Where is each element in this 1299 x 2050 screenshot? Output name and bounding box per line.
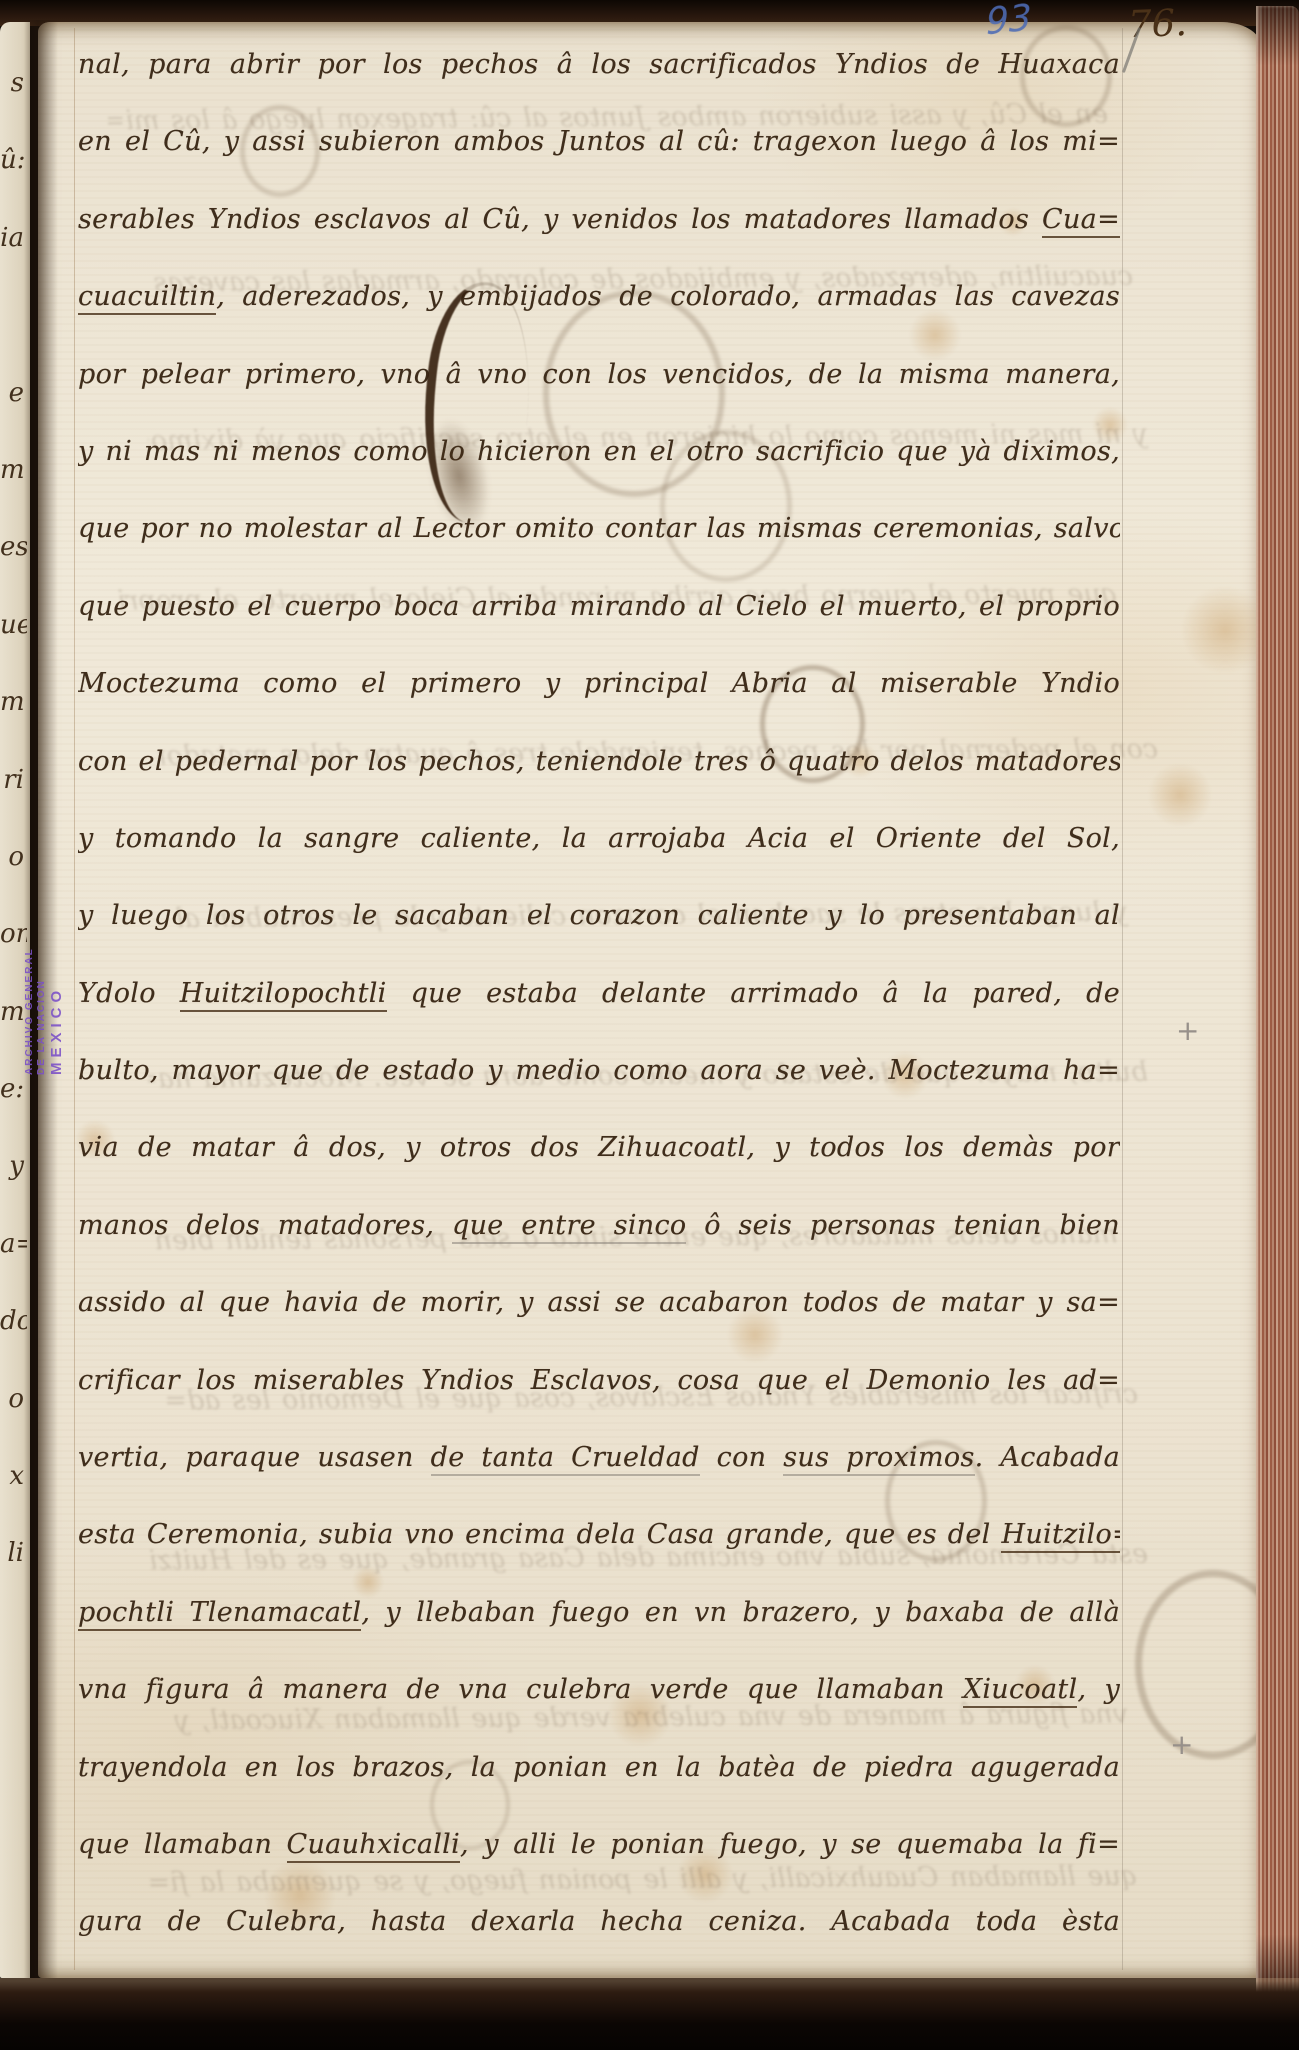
pencil-cross-mark: + — [1170, 1728, 1193, 1761]
line-text: que llamaban — [78, 1829, 287, 1860]
manuscript-line: nal, para abrir por los pechos â los sac… — [78, 30, 1120, 107]
facing-page-fragment: e: — [0, 1054, 27, 1131]
underlined-word: Huitzilo= — [1001, 1519, 1120, 1553]
facing-page-fragment — [0, 1905, 27, 1982]
bleedthrough-flourish — [1135, 1570, 1260, 1759]
facing-page-fragment: s — [0, 48, 27, 125]
manuscript-line: por pelear primero, vno â vno con los ve… — [78, 340, 1120, 417]
facing-page-fragment: o — [0, 1364, 27, 1441]
line-text: Ydolo — [78, 978, 180, 1009]
facing-page-fragment: a= — [0, 1209, 27, 1286]
line-text: esta Ceremonia, subia vno encima dela Ca… — [78, 1519, 1001, 1550]
facing-page-fragment: m — [0, 667, 27, 744]
line-text: . Acabada — [975, 1442, 1120, 1473]
book-fore-edge — [1256, 6, 1299, 1994]
facing-page-fragment: m — [0, 977, 27, 1054]
line-text: bulto, mayor que de estado y medio como … — [78, 1055, 1120, 1086]
line-text: via de matar â dos, y otros dos Zihuacoa… — [78, 1132, 1120, 1163]
line-text: que estaba delante arrimado â la pared, … — [387, 978, 1120, 1009]
facing-page-fragments: sû:iaemesuemrioonme:ya=do,oxli — [0, 48, 27, 1983]
line-text: gura de Culebra, hasta dexarla hecha cen… — [78, 1906, 1120, 1937]
line-text: , aderezados, y embijados de colorado, a… — [216, 281, 1120, 312]
manuscript-line: y luego los otros le sacaban el corazon … — [78, 881, 1120, 958]
manuscript-line: que puesto el cuerpo boca arriba mirando… — [78, 572, 1120, 649]
manuscript-photo: sû:iaemesuemrioonme:ya=do,oxli nal, para… — [0, 0, 1299, 2050]
line-text: assido al que havia de morir, y assi se … — [78, 1287, 1120, 1318]
text-block: nal, para abrir por los pechos â los sac… — [78, 30, 1120, 1965]
underlined-word: sus proximos — [783, 1442, 974, 1476]
line-text: trayendola en los brazos, la ponian en l… — [78, 1752, 1120, 1783]
stamp-line: ARCHIVO GENERAL — [24, 770, 35, 1075]
pencil-cross-mark: + — [1176, 1014, 1199, 1047]
foxing-stain — [1181, 586, 1260, 674]
facing-page-fragment: û: — [0, 125, 27, 202]
facing-page-fragment: y — [0, 1131, 27, 1208]
foxing-stain — [1148, 763, 1212, 827]
facing-page-fragment — [0, 280, 27, 357]
line-text: , y alli le ponian fuego, y se quemaba l… — [460, 1829, 1120, 1860]
manuscript-line: gura de Culebra, hasta dexarla hecha cen… — [78, 1887, 1120, 1964]
facing-page-fragment: li — [0, 1518, 27, 1595]
margin-rule-right — [1122, 28, 1123, 1970]
manuscript-line: y tomando la sangre caliente, la arrojab… — [78, 804, 1120, 881]
archive-stamp: ARCHIVO GENERAL DE LA NACION MEXICO — [24, 770, 65, 1075]
line-text: crificar los miserables Yndios Esclavos,… — [78, 1365, 1120, 1396]
underlined-word: Cua= — [1042, 204, 1120, 238]
facing-page-fragment: o — [0, 822, 27, 899]
manuscript-line: que llamaban Cuauhxicalli, y alli le pon… — [78, 1810, 1120, 1887]
facing-page-fragment: ue — [0, 590, 27, 667]
line-text: por pelear primero, vno â vno con los ve… — [78, 359, 1120, 390]
facing-page-fragment: ia — [0, 203, 27, 280]
facing-page-fragment: es — [0, 512, 27, 589]
facing-page-fragment: e — [0, 358, 27, 435]
line-text: , y llebaban fuego en vn brazero, y baxa… — [361, 1597, 1120, 1628]
underlined-word: de tanta Crueldad — [431, 1442, 700, 1476]
manuscript-line: bulto, mayor que de estado y medio como … — [78, 1036, 1120, 1113]
line-text: nal, para abrir por los pechos â los sac… — [78, 49, 1120, 80]
margin-rule-left — [74, 28, 75, 1970]
manuscript-line: pochtli Tlenamacatl, y llebaban fuego en… — [78, 1578, 1120, 1655]
line-text: , y — [1077, 1674, 1120, 1705]
manuscript-line: cuacuiltin, aderezados, y embijados de c… — [78, 262, 1120, 339]
manuscript-line: assido al que havia de morir, y assi se … — [78, 1268, 1120, 1345]
facing-page-fragment — [0, 1596, 27, 1673]
line-text: que por no molestar al Lector omito cont… — [78, 513, 1120, 544]
manuscript-line: vna figura â manera de vna culebra verde… — [78, 1655, 1120, 1732]
line-text: Moctezuma como el primero y principal Ab… — [78, 668, 1120, 699]
manuscript-line: vertia, paraque usasen de tanta Crueldad… — [78, 1423, 1120, 1500]
manuscript-line: con el pedernal por los pechos, teniendo… — [78, 727, 1120, 804]
manuscript-line: manos delos matadores, que entre sinco ô… — [78, 1191, 1120, 1268]
manuscript-line: serables Yndios esclavos al Cû, y venido… — [78, 185, 1120, 262]
underlined-word: pochtli Tlenamacatl — [78, 1597, 361, 1631]
line-text: vertia, paraque usasen — [78, 1442, 431, 1473]
line-text: en el Cû, y assi subieron ambos Juntos a… — [78, 126, 1120, 157]
line-text: y tomando la sangre caliente, la arrojab… — [78, 823, 1120, 854]
line-text: con el pedernal por los pechos, teniendo… — [78, 746, 1120, 777]
line-text: ô seis personas tenian bien — [686, 1210, 1120, 1241]
facing-page-fragment — [0, 1828, 27, 1905]
line-text: con — [700, 1442, 784, 1473]
line-text: vna figura â manera de vna culebra verde… — [78, 1674, 963, 1705]
facing-page-fragment: m — [0, 435, 27, 512]
manuscript-line: via de matar â dos, y otros dos Zihuacoa… — [78, 1113, 1120, 1190]
manuscript-line: en el Cû, y assi subieron ambos Juntos a… — [78, 107, 1120, 184]
manuscript-line: que por no molestar al Lector omito cont… — [78, 494, 1120, 571]
facing-page-fragment: x — [0, 1441, 27, 1518]
underlined-word: que entre sinco — [452, 1210, 686, 1244]
stamp-line: DE LA NACION — [36, 770, 47, 1075]
manuscript-line: crificar los miserables Yndios Esclavos,… — [78, 1346, 1120, 1423]
manuscript-page: nal, para abrir por los pechos â los sac… — [38, 22, 1260, 1978]
manuscript-line: trayendola en los brazos, la ponian en l… — [78, 1733, 1120, 1810]
manuscript-line: Ydolo Huitzilopochtli que estaba delante… — [78, 959, 1120, 1036]
facing-page-fragment: ri — [0, 745, 27, 822]
underlined-word: Xiucoatl — [963, 1674, 1078, 1708]
underlined-word: cuacuiltin — [78, 281, 216, 315]
line-text: y ni mas ni menos como lo hicieron en el… — [78, 436, 1120, 467]
stamp-line: MEXICO — [48, 770, 65, 1075]
underlined-word: Huitzilopochtli — [180, 978, 387, 1012]
facing-page-fragment: on — [0, 899, 27, 976]
manuscript-line: y ni mas ni menos como lo hicieron en el… — [78, 417, 1120, 494]
facing-page-fragment: do, — [0, 1286, 27, 1363]
line-text: y luego los otros le sacaban el corazon … — [78, 900, 1120, 931]
line-text: que puesto el cuerpo boca arriba mirando… — [78, 591, 1120, 622]
folio-number-pencil: 93 — [986, 0, 1032, 44]
underlined-word: Cuauhxicalli — [287, 1829, 461, 1863]
binding-bottom-edge — [0, 1978, 1299, 2050]
line-text: manos delos matadores, — [78, 1210, 452, 1241]
line-text: serables Yndios esclavos al Cû, y venido… — [78, 204, 1042, 235]
manuscript-line: esta Ceremonia, subia vno encima dela Ca… — [78, 1500, 1120, 1577]
manuscript-line: Moctezuma como el primero y principal Ab… — [78, 649, 1120, 726]
facing-page-fragment — [0, 1751, 27, 1828]
facing-page-fragment — [0, 1673, 27, 1750]
